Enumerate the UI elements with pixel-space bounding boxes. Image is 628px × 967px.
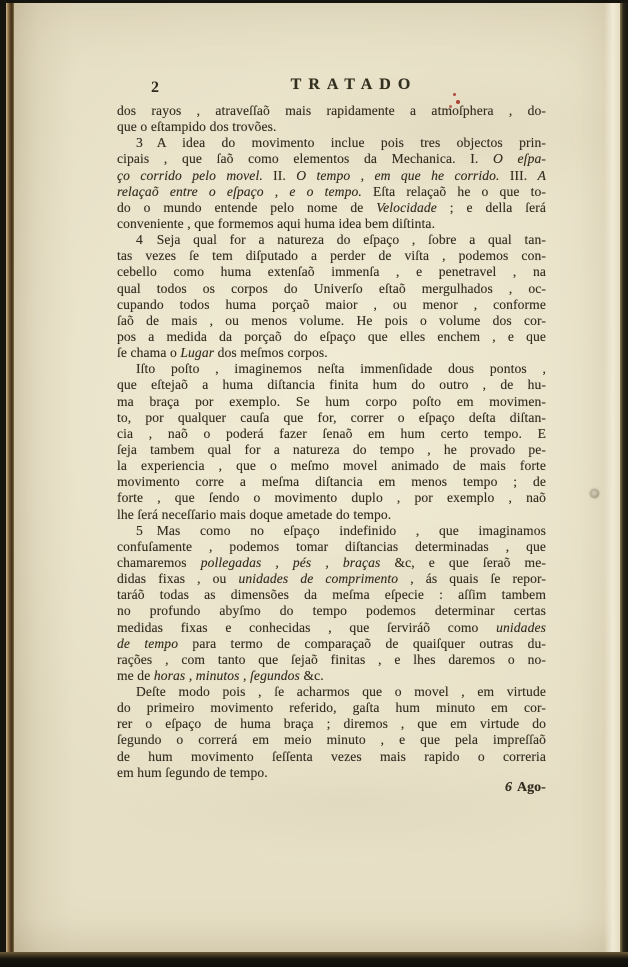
text-line: que eſtejaõ a huma diſtancia finita hum … [117, 377, 546, 393]
text-line: confuſamente , podemos tomar diſtancias … [117, 539, 546, 555]
text-segment: cebello como huma extenſaõ immenſa , e p… [117, 264, 546, 279]
text-line: no profundo abyſmo do tempo podemos dete… [117, 603, 546, 619]
text-line: tas vezes ſe tem diſputado a perder de v… [117, 248, 546, 264]
italic-text-segment: O tempo , em que he corrido. [296, 168, 499, 183]
text-line: ſeja tambem qual for a natureza do tempo… [117, 442, 546, 458]
text-line: chamaremos pollegadas , pés , braças &c,… [117, 555, 546, 571]
text-line: Iſto poſto , imaginemos neſta immenſidad… [117, 361, 546, 377]
text-segment: movimento corre a meſma diſtancia em men… [117, 474, 546, 489]
italic-text-segment: relaçaõ entre o eſpaço , e o tempo. [117, 184, 362, 199]
text-segment: tas vezes ſe tem diſputado a perder de v… [117, 248, 546, 263]
text-segment: ſegundo o correrá em meio minuto , e que… [117, 732, 546, 747]
text-segment: do o mundo entende pelo nome de [117, 200, 376, 215]
text-segment: 5 Mas como no eſpaço indefinido , que im… [136, 523, 546, 538]
scan-bottom-edge [0, 952, 628, 967]
text-segment: 4 Seja qual for a natureza do eſpaço , ſ… [136, 232, 546, 247]
scan-right-edge [620, 0, 628, 967]
text-segment: &c, e que ſeraõ me- [380, 555, 546, 570]
text-segment: do primeiro movimento referido, gaſta hu… [117, 700, 546, 715]
text-line: 5 Mas como no eſpaço indefinido , que im… [117, 523, 546, 539]
text-segment: III. [500, 168, 538, 183]
text-line: pos a medida da porçaõ do eſpaço que ell… [117, 329, 546, 345]
text-segment: la experiencia , que o meſmo movel anima… [117, 458, 546, 473]
scanned-book-page: 2 TRATADO dos rayos , atraveſſaõ mais ra… [0, 0, 628, 967]
text-line: la experiencia , que o meſmo movel anima… [117, 458, 546, 474]
text-segment: pos a medida da porçaõ do eſpaço que ell… [117, 329, 546, 344]
text-segment: rações , com tanto que ſejaõ finitas , e… [117, 652, 546, 667]
text-line: do o mundo entende pelo nome de Velocida… [117, 200, 546, 216]
text-line: didas fixas , ou unidades de comprimento… [117, 571, 546, 587]
text-segment: ſeja tambem qual for a natureza do tempo… [117, 442, 546, 457]
text-segment: chamaremos [117, 555, 201, 570]
text-line: to, por qualquer cauſa que for, correr o… [117, 410, 546, 426]
text-line: relaçaõ entre o eſpaço , e o tempo. Eſta… [117, 184, 546, 200]
text-segment: de hum movimento ſeſſenta vezes mais rap… [117, 749, 546, 764]
text-segment: Iſto poſto , imaginemos neſta immenſidad… [136, 361, 546, 376]
text-segment: que eſtejaõ a huma diſtancia finita hum … [117, 377, 546, 392]
red-ink-stain [447, 92, 461, 112]
scan-top-edge [0, 0, 628, 3]
text-line: Deſte modo pois , ſe acharmos que o move… [117, 684, 546, 700]
italic-text-segment: Lugar [180, 345, 214, 360]
text-line: movimento corre a meſma diſtancia em men… [117, 474, 546, 490]
text-segment: dos meſmos corpos. [214, 345, 328, 360]
text-line: rações , com tanto que ſejaõ finitas , e… [117, 652, 546, 668]
text-segment: forte , que ſendo o movimento duplo , po… [117, 490, 546, 505]
text-line: ſegundo o correrá em meio minuto , e que… [117, 732, 546, 748]
book-binding-edge [6, 0, 14, 967]
text-line: cupando todos huma porçaõ maior , ou men… [117, 297, 546, 313]
paper-blemish-dot [590, 489, 599, 498]
catchword-text: Ago- [517, 780, 546, 795]
signature-mark: 6 [505, 780, 517, 795]
text-line: ço corrido pelo movel. II. O tempo , em … [117, 168, 546, 184]
italic-text-segment: Velocidade [376, 200, 437, 215]
text-line: forte , que ſendo o movimento duplo , po… [117, 490, 546, 506]
text-line: cebello como huma extenſaõ immenſa , e p… [117, 264, 546, 280]
text-segment: to, por qualquer cauſa que for, correr o… [117, 410, 546, 425]
text-segment: , ás quais ſe repor- [398, 571, 546, 586]
text-line: conveniente , que formemos aqui huma ide… [117, 216, 546, 232]
running-head-title: TRATADO [117, 76, 545, 94]
italic-text-segment: horas , minutos , ſegundos [154, 668, 300, 683]
text-line: cia , naõ o poderá fazer ſenaõ em hum ce… [117, 426, 546, 442]
text-line: dos rayos , atraveſſaõ mais rapidamente … [117, 103, 546, 119]
text-line: qual todos os corpos do Univerſo eſtaõ m… [117, 281, 546, 297]
text-segment: conveniente , que formemos aqui huma ide… [117, 216, 435, 231]
text-line: de hum movimento ſeſſenta vezes mais rap… [117, 749, 546, 765]
text-line: cipais , que ſaõ como elementos da Mecha… [117, 151, 546, 167]
text-segment: 3 A idea do movimento inclue pois tres o… [136, 135, 546, 150]
text-line: rer o eſpaço de huma braça ; diremos , q… [117, 716, 546, 732]
text-line: taráõ todas as dimensões da meſma eſpeci… [117, 587, 546, 603]
text-line: 3 A idea do movimento inclue pois tres o… [117, 135, 546, 151]
text-segment: Deſte modo pois , ſe acharmos que o move… [136, 684, 546, 699]
text-segment: lhe ſerá neceſſario mais doque ametade d… [117, 507, 391, 522]
text-segment: medidas fixas e conhecidas , que ſervirá… [117, 620, 496, 635]
italic-text-segment: A [538, 168, 546, 183]
text-segment: que o eſtampido dos trovões. [117, 119, 276, 134]
text-segment: qual todos os corpos do Univerſo eſtaõ m… [117, 281, 546, 296]
text-segment: rer o eſpaço de huma braça ; diremos , q… [117, 716, 546, 731]
italic-text-segment: pollegadas , pés , braças [201, 555, 381, 570]
text-segment: confuſamente , podemos tomar diſtancias … [117, 539, 546, 554]
text-line: lhe ſerá neceſſario mais doque ametade d… [117, 507, 546, 523]
text-line: em hum ſegundo de tempo. [117, 765, 546, 781]
text-line: que o eſtampido dos trovões. [117, 119, 546, 135]
italic-text-segment: de tempo [117, 636, 178, 651]
page-right-edge [604, 0, 620, 967]
text-line: ſe chama o Lugar dos meſmos corpos. [117, 345, 546, 361]
text-segment: ma braça por exemplo. Se hum corpo poſto… [117, 394, 546, 409]
text-segment: para termo de comparaçaõ de quaiſquer ou… [178, 636, 546, 651]
italic-text-segment: ço corrido pelo movel. [117, 168, 263, 183]
body-text: dos rayos , atraveſſaõ mais rapidamente … [117, 103, 546, 781]
italic-text-segment: unidades [496, 620, 546, 635]
text-segment: ſe chama o [117, 345, 180, 360]
catchword: 6Ago- [505, 780, 546, 796]
text-segment: Eſta relaçaõ he o que to- [362, 184, 546, 199]
text-segment: II. [263, 168, 296, 183]
text-line: ſaõ de mais , ou menos volume. He pois o… [117, 313, 546, 329]
text-segment: &c. [300, 668, 324, 683]
italic-text-segment: O eſpa- [493, 151, 546, 166]
text-segment: ; e della ſerá [437, 200, 546, 215]
text-segment: dos rayos , atraveſſaõ mais rapidamente … [117, 103, 546, 118]
text-line: de tempo para termo de comparaçaõ de qua… [117, 636, 546, 652]
text-segment: cupando todos huma porçaõ maior , ou men… [117, 297, 546, 312]
text-segment: taráõ todas as dimensões da meſma eſpeci… [117, 587, 546, 602]
text-segment: me de [117, 668, 154, 683]
text-line: ma braça por exemplo. Se hum corpo poſto… [117, 394, 546, 410]
text-line: medidas fixas e conhecidas , que ſervirá… [117, 620, 546, 636]
text-segment: ſaõ de mais , ou menos volume. He pois o… [117, 313, 546, 328]
text-segment: cia , naõ o poderá fazer ſenaõ em hum ce… [117, 426, 546, 441]
text-line: do primeiro movimento referido, gaſta hu… [117, 700, 546, 716]
text-segment: didas fixas , ou [117, 571, 238, 586]
text-segment: no profundo abyſmo do tempo podemos dete… [117, 603, 546, 618]
italic-text-segment: unidades de comprimento [238, 571, 398, 586]
text-line: me de horas , minutos , ſegundos &c. [117, 668, 546, 684]
text-segment: em hum ſegundo de tempo. [117, 765, 268, 780]
text-line: 4 Seja qual for a natureza do eſpaço , ſ… [117, 232, 546, 248]
text-segment: cipais , que ſaõ como elementos da Mecha… [117, 151, 493, 166]
